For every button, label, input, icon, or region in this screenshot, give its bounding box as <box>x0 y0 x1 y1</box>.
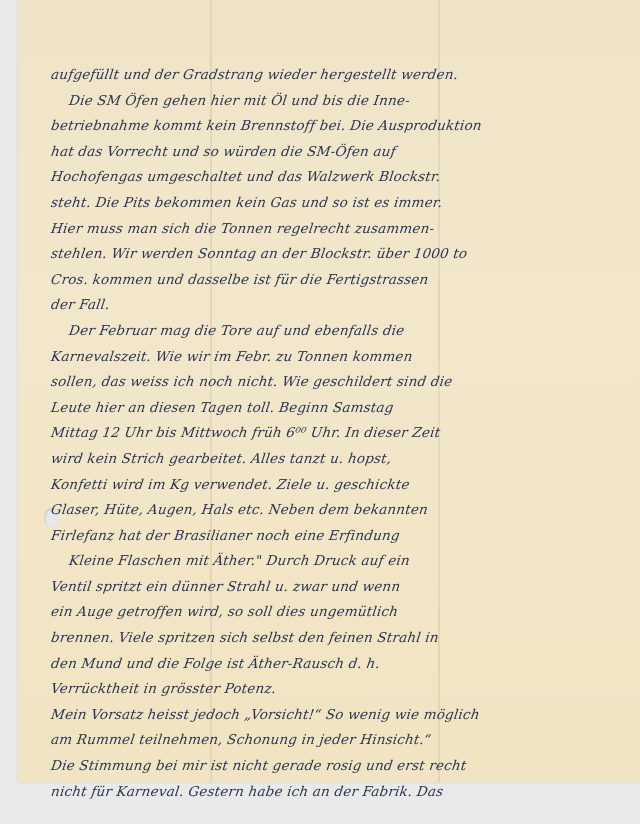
letter-page: aufgefüllt und der Gradstrang wieder her… <box>18 0 640 782</box>
text-line: betriebnahme kommt kein Brennstoff bei. … <box>49 114 640 140</box>
text-line: Hochofengas umgeschaltet und das Walzwer… <box>49 165 640 191</box>
text-line: nicht für Karneval. Gestern habe ich an … <box>49 780 640 806</box>
text-line: den Mund und die Folge ist Äther-Rausch … <box>49 652 640 678</box>
text-line: Der Februar mag die Tore auf und ebenfal… <box>49 319 640 345</box>
text-line: Die Stimmung bei mir ist nicht gerade ro… <box>49 754 640 780</box>
text-line: ein Auge getroffen wird, so soll dies un… <box>49 600 640 626</box>
text-line: brennen. Viele spritzen sich selbst den … <box>49 626 640 652</box>
text-line: Kleine Flaschen mit Äther." Durch Druck … <box>49 549 640 575</box>
text-line: Mein Vorsatz heisst jedoch „Vorsicht!“ S… <box>49 703 640 729</box>
text-line: Konfetti wird im Kg verwendet. Ziele u. … <box>49 473 640 499</box>
text-line: Die SM Öfen gehen hier mit Öl und bis di… <box>49 89 640 115</box>
handwritten-text: aufgefüllt und der Gradstrang wieder her… <box>51 63 640 805</box>
text-line: wird kein Strich gearbeitet. Alles tanzt… <box>49 447 640 473</box>
text-line: Ventil spritzt ein dünner Strahl u. zwar… <box>49 575 640 601</box>
text-line: Glaser, Hüte, Augen, Hals etc. Neben dem… <box>49 498 640 524</box>
text-line: Mittag 12 Uhr bis Mittwoch früh 6⁰⁰ Uhr.… <box>49 421 640 447</box>
text-line: Leute hier an diesen Tagen toll. Beginn … <box>49 396 640 422</box>
text-line: sollen, das weiss ich noch nicht. Wie ge… <box>49 370 640 396</box>
text-line: Verrücktheit in grösster Potenz. <box>49 677 640 703</box>
text-line: Firlefanz hat der Brasilianer noch eine … <box>49 524 640 550</box>
text-line: der Fall. <box>49 293 640 319</box>
text-line: am Rummel teilnehmen, Schonung in jeder … <box>49 728 640 754</box>
text-line: Hier muss man sich die Tonnen regelrecht… <box>49 217 640 243</box>
text-line: steht. Die Pits bekommen kein Gas und so… <box>49 191 640 217</box>
text-line: stehlen. Wir werden Sonntag an der Block… <box>49 242 640 268</box>
text-line: aufgefüllt und der Gradstrang wieder her… <box>49 63 640 89</box>
text-line: Cros. kommen und dasselbe ist für die Fe… <box>49 268 640 294</box>
text-line: Karnevalszeit. Wie wir im Febr. zu Tonne… <box>49 345 640 371</box>
text-line: hat das Vorrecht und so würden die SM-Öf… <box>49 140 640 166</box>
